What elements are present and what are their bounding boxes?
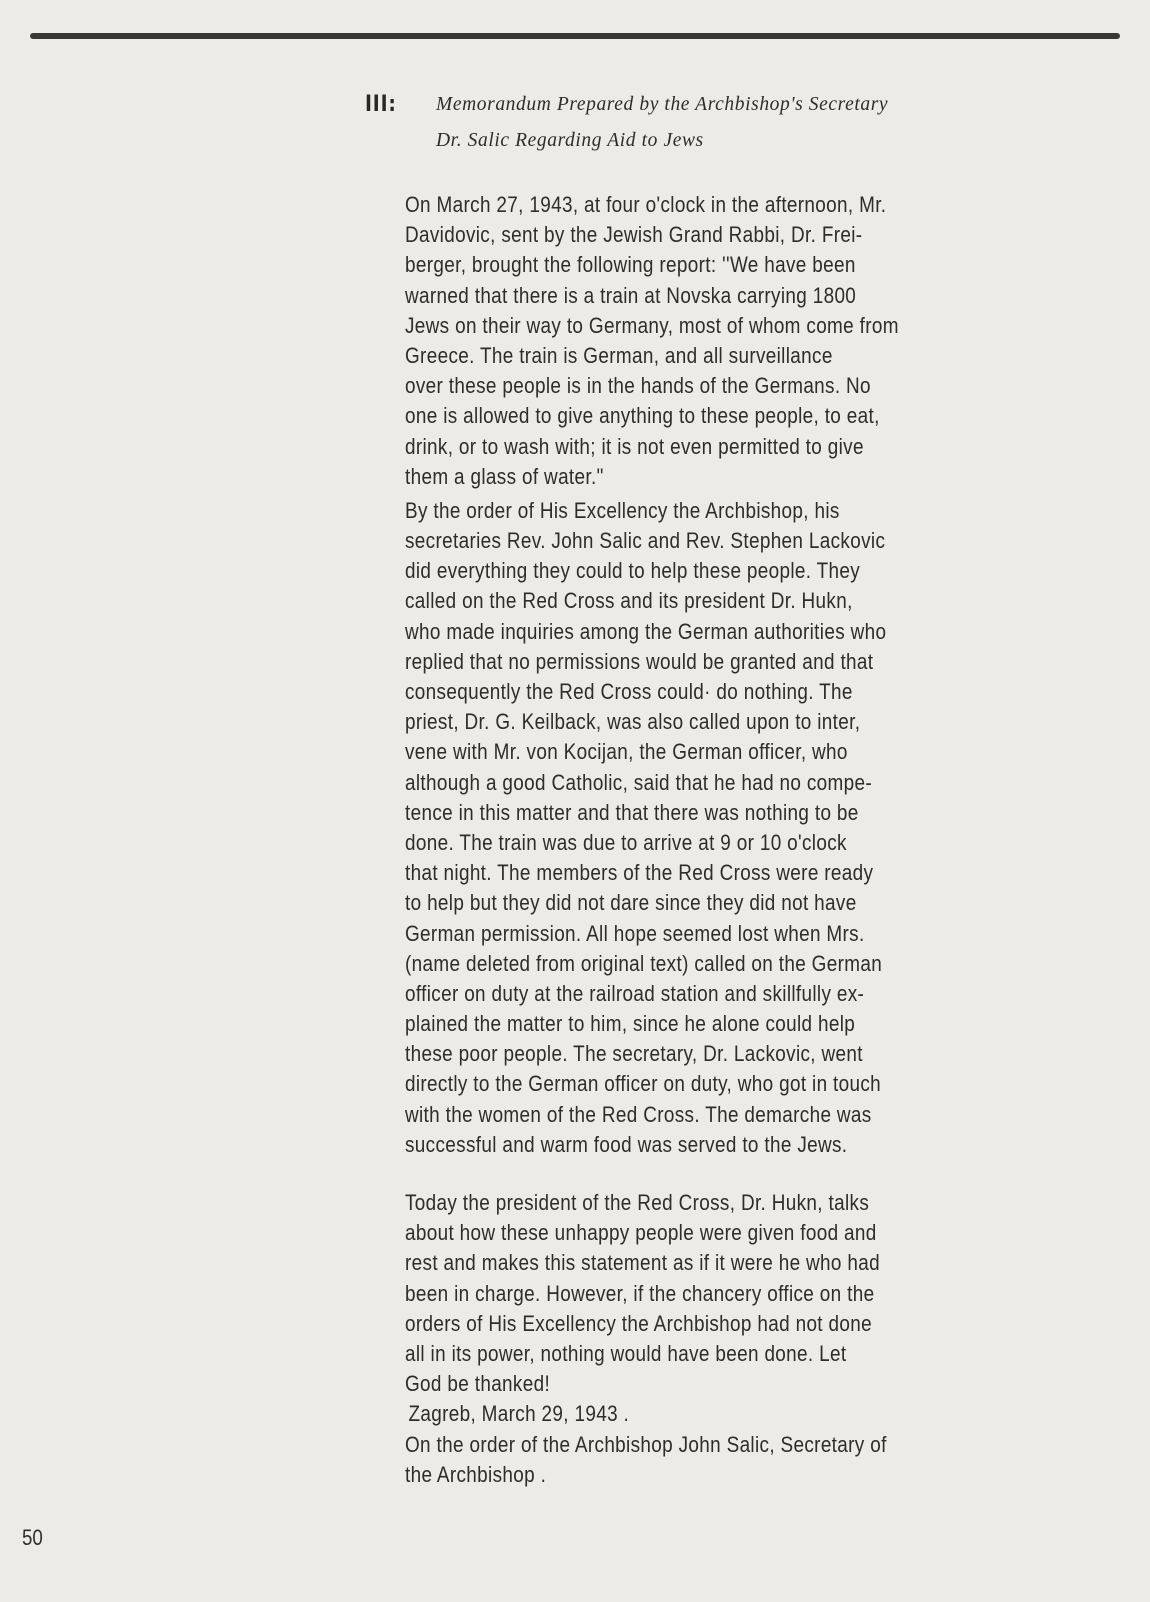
page-number: 50 (22, 1525, 43, 1551)
text-line: drink, or to wash with; it is not even p… (405, 432, 981, 462)
paragraph-spacer (405, 1160, 1075, 1188)
text-line: rest and makes this statement as if it w… (405, 1248, 981, 1278)
text-line: about how these unhappy people were give… (405, 1218, 981, 1248)
text-line: (name deleted from original text) called… (405, 949, 981, 979)
signature-line: the Archbishop . (405, 1460, 981, 1490)
section-title-line-2: Dr. Salic Regarding Aid to Jews (436, 130, 704, 152)
place-date-line: Zagreb, March 29, 1943 . (405, 1399, 981, 1429)
text-line: over these people is in the hands of the… (405, 371, 981, 401)
text-line: plained the matter to him, since he alon… (405, 1009, 981, 1039)
paragraph-3: Today the president of the Red Cross, Dr… (405, 1188, 1075, 1399)
text-line: Jews on their way to Germany, most of wh… (405, 311, 981, 341)
text-line: did everything they could to help these … (405, 556, 981, 586)
text-line: called on the Red Cross and its presiden… (405, 586, 981, 616)
text-line: By the order of His Excellency the Archb… (405, 496, 981, 526)
text-line: Davidovic, sent by the Jewish Grand Rabb… (405, 220, 981, 250)
top-rule-divider (30, 33, 1120, 39)
text-line: berger, brought the following report: ''… (405, 250, 981, 280)
memorandum-body: On March 27, 1943, at four o'clock in th… (405, 190, 1075, 1490)
section-numeral: III: (365, 92, 397, 117)
text-line: officer on duty at the railroad station … (405, 979, 981, 1009)
paragraph-1: On March 27, 1943, at four o'clock in th… (405, 190, 1075, 492)
text-line: one is allowed to give anything to these… (405, 401, 981, 431)
text-line: successful and warm food was served to t… (405, 1130, 981, 1160)
text-line: replied that no permissions would be gra… (405, 647, 981, 677)
text-line: these poor people. The secretary, Dr. La… (405, 1039, 981, 1069)
text-line: vene with Mr. von Kocijan, the German of… (405, 737, 981, 767)
text-line: On March 27, 1943, at four o'clock in th… (405, 190, 981, 220)
text-line: been in charge. However, if the chancery… (405, 1279, 981, 1309)
text-line: that night. The members of the Red Cross… (405, 858, 981, 888)
text-line: all in its power, nothing would have bee… (405, 1339, 981, 1369)
text-line: done. The train was due to arrive at 9 o… (405, 828, 981, 858)
text-line: God be thanked! (405, 1369, 981, 1399)
text-line: orders of His Excellency the Archbishop … (405, 1309, 981, 1339)
text-line: Today the president of the Red Cross, Dr… (405, 1188, 981, 1218)
text-line: priest, Dr. G. Keilback, was also called… (405, 707, 981, 737)
signature-line: On the order of the Archbishop John Sali… (405, 1430, 981, 1460)
text-line: Greece. The train is German, and all sur… (405, 341, 981, 371)
text-line: secretaries Rev. John Salic and Rev. Ste… (405, 526, 981, 556)
section-title-line-1: Memorandum Prepared by the Archbishop's … (436, 94, 888, 116)
text-line: tence in this matter and that there was … (405, 798, 981, 828)
text-line: them a glass of water." (405, 462, 981, 492)
text-line: German permission. All hope seemed lost … (405, 919, 981, 949)
text-line: although a good Catholic, said that he h… (405, 768, 981, 798)
text-line: directly to the German officer on duty, … (405, 1069, 981, 1099)
paragraph-2: By the order of His Excellency the Archb… (405, 496, 1075, 1160)
text-line: consequently the Red Cross could· do not… (405, 677, 981, 707)
signature-block: On the order of the Archbishop John Sali… (405, 1430, 1075, 1490)
text-line: with the women of the Red Cross. The dem… (405, 1100, 981, 1130)
place-date: Zagreb, March 29, 1943 . (405, 1399, 1075, 1429)
text-line: who made inquiries among the German auth… (405, 617, 981, 647)
text-line: to help but they did not dare since they… (405, 888, 981, 918)
text-line: warned that there is a train at Novska c… (405, 281, 981, 311)
